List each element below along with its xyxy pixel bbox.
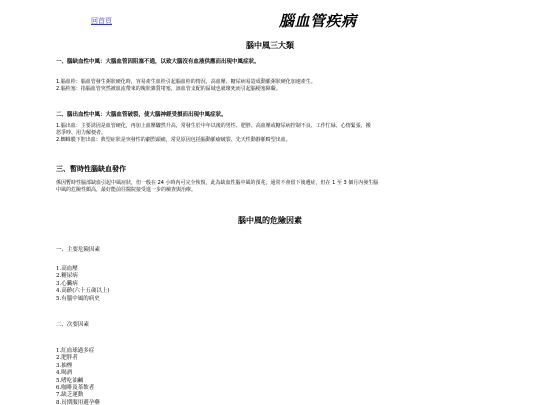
section-title-risk-factors: 腦中風的危險因素 bbox=[0, 215, 540, 226]
list-item: 5.嗜吃油鹹 bbox=[56, 378, 100, 385]
list-item: 2.糖尿病 bbox=[56, 273, 110, 280]
text-line: 2.蜘蛛膜下腔出血：典型症狀是突發性的劇烈頭痛，常見原因包括腦動脈瘤破裂、先天性… bbox=[56, 137, 488, 144]
heading-minor-risk-factors: 二、次要因素 bbox=[56, 320, 89, 328]
heading-ischemic-stroke: 一、腦缺血性中風：大腦血管因阻塞不通，以致大腦沒有血液供應而出現中風症狀。 bbox=[56, 57, 260, 65]
major-risk-factor-list: 1.高血壓 2.糖尿病 3.心臟病 4.高齡(六十五歲以上) 5.有腦中風的病史 bbox=[56, 266, 110, 303]
text-line: 中風的危險性頗高，最好能前往醫院接受進一步的檢查與治療。 bbox=[56, 187, 488, 194]
list-item: 2.肥胖者 bbox=[56, 355, 100, 362]
text-line: 2.腦栓塞：指腦血管突然被血流帶來的塊狀雜質堵塞，該血管支配的區域也就壞死而引起… bbox=[56, 86, 488, 93]
page-title: 腦血管疾病 bbox=[279, 10, 357, 31]
list-item: 4.喝酒 bbox=[56, 370, 100, 377]
text-line: 1.腦血栓：腦血管發生粥狀硬化時，容易產生血栓引起腦血栓的情況，高血壓、糖尿病易… bbox=[56, 79, 488, 86]
minor-risk-factor-list: 1.紅血球過多症 2.肥胖者 3.抽煙 4.喝酒 5.嗜吃油鹹 6.咖啡及茶飲者… bbox=[56, 348, 100, 405]
paragraph-ischemic-stroke: 1.腦血栓：腦血管發生粥狀硬化時，容易產生血栓引起腦血栓的情況，高血壓、糖尿病易… bbox=[56, 79, 488, 93]
paragraph-hemorrhagic-stroke: 1.腦出血：主要誘因是血管硬化，再加上血壓驟然升高，常發生於中年以後的男性、肥胖… bbox=[56, 123, 488, 144]
list-item: 7.缺乏運動 bbox=[56, 392, 100, 399]
paragraph-tia: 係因暫時性腦部缺血引起中風症狀，但一般在 24 小時內可完全恢復，此為缺血性腦中… bbox=[56, 180, 488, 194]
list-item: 8.長期服用避孕藥 bbox=[56, 400, 100, 405]
text-line: 係因暫時性腦部缺血引起中風症狀，但一般在 24 小時內可完全恢復，此為缺血性腦中… bbox=[56, 180, 488, 187]
text-line: 怒爭吵、用力解便者。 bbox=[56, 130, 488, 137]
heading-tia: 三、暫時性腦缺血發作 bbox=[56, 164, 126, 174]
list-item: 5.有腦中風的病史 bbox=[56, 296, 110, 303]
heading-hemorrhagic-stroke: 二、腦出血性中風：大腦血管破裂，使大腦神經受損而出現中風症狀。 bbox=[56, 110, 227, 118]
heading-major-risk-factors: 一、主要危險因素 bbox=[56, 245, 100, 253]
section-title-stroke-types: 腦中風三大類 bbox=[0, 40, 540, 51]
home-link[interactable]: 回首頁 bbox=[91, 16, 112, 26]
text-line: 1.腦出血：主要誘因是血管硬化，再加上血壓驟然升高，常發生於中年以後的男性、肥胖… bbox=[56, 123, 488, 130]
list-item: 4.高齡(六十五歲以上) bbox=[56, 288, 110, 295]
